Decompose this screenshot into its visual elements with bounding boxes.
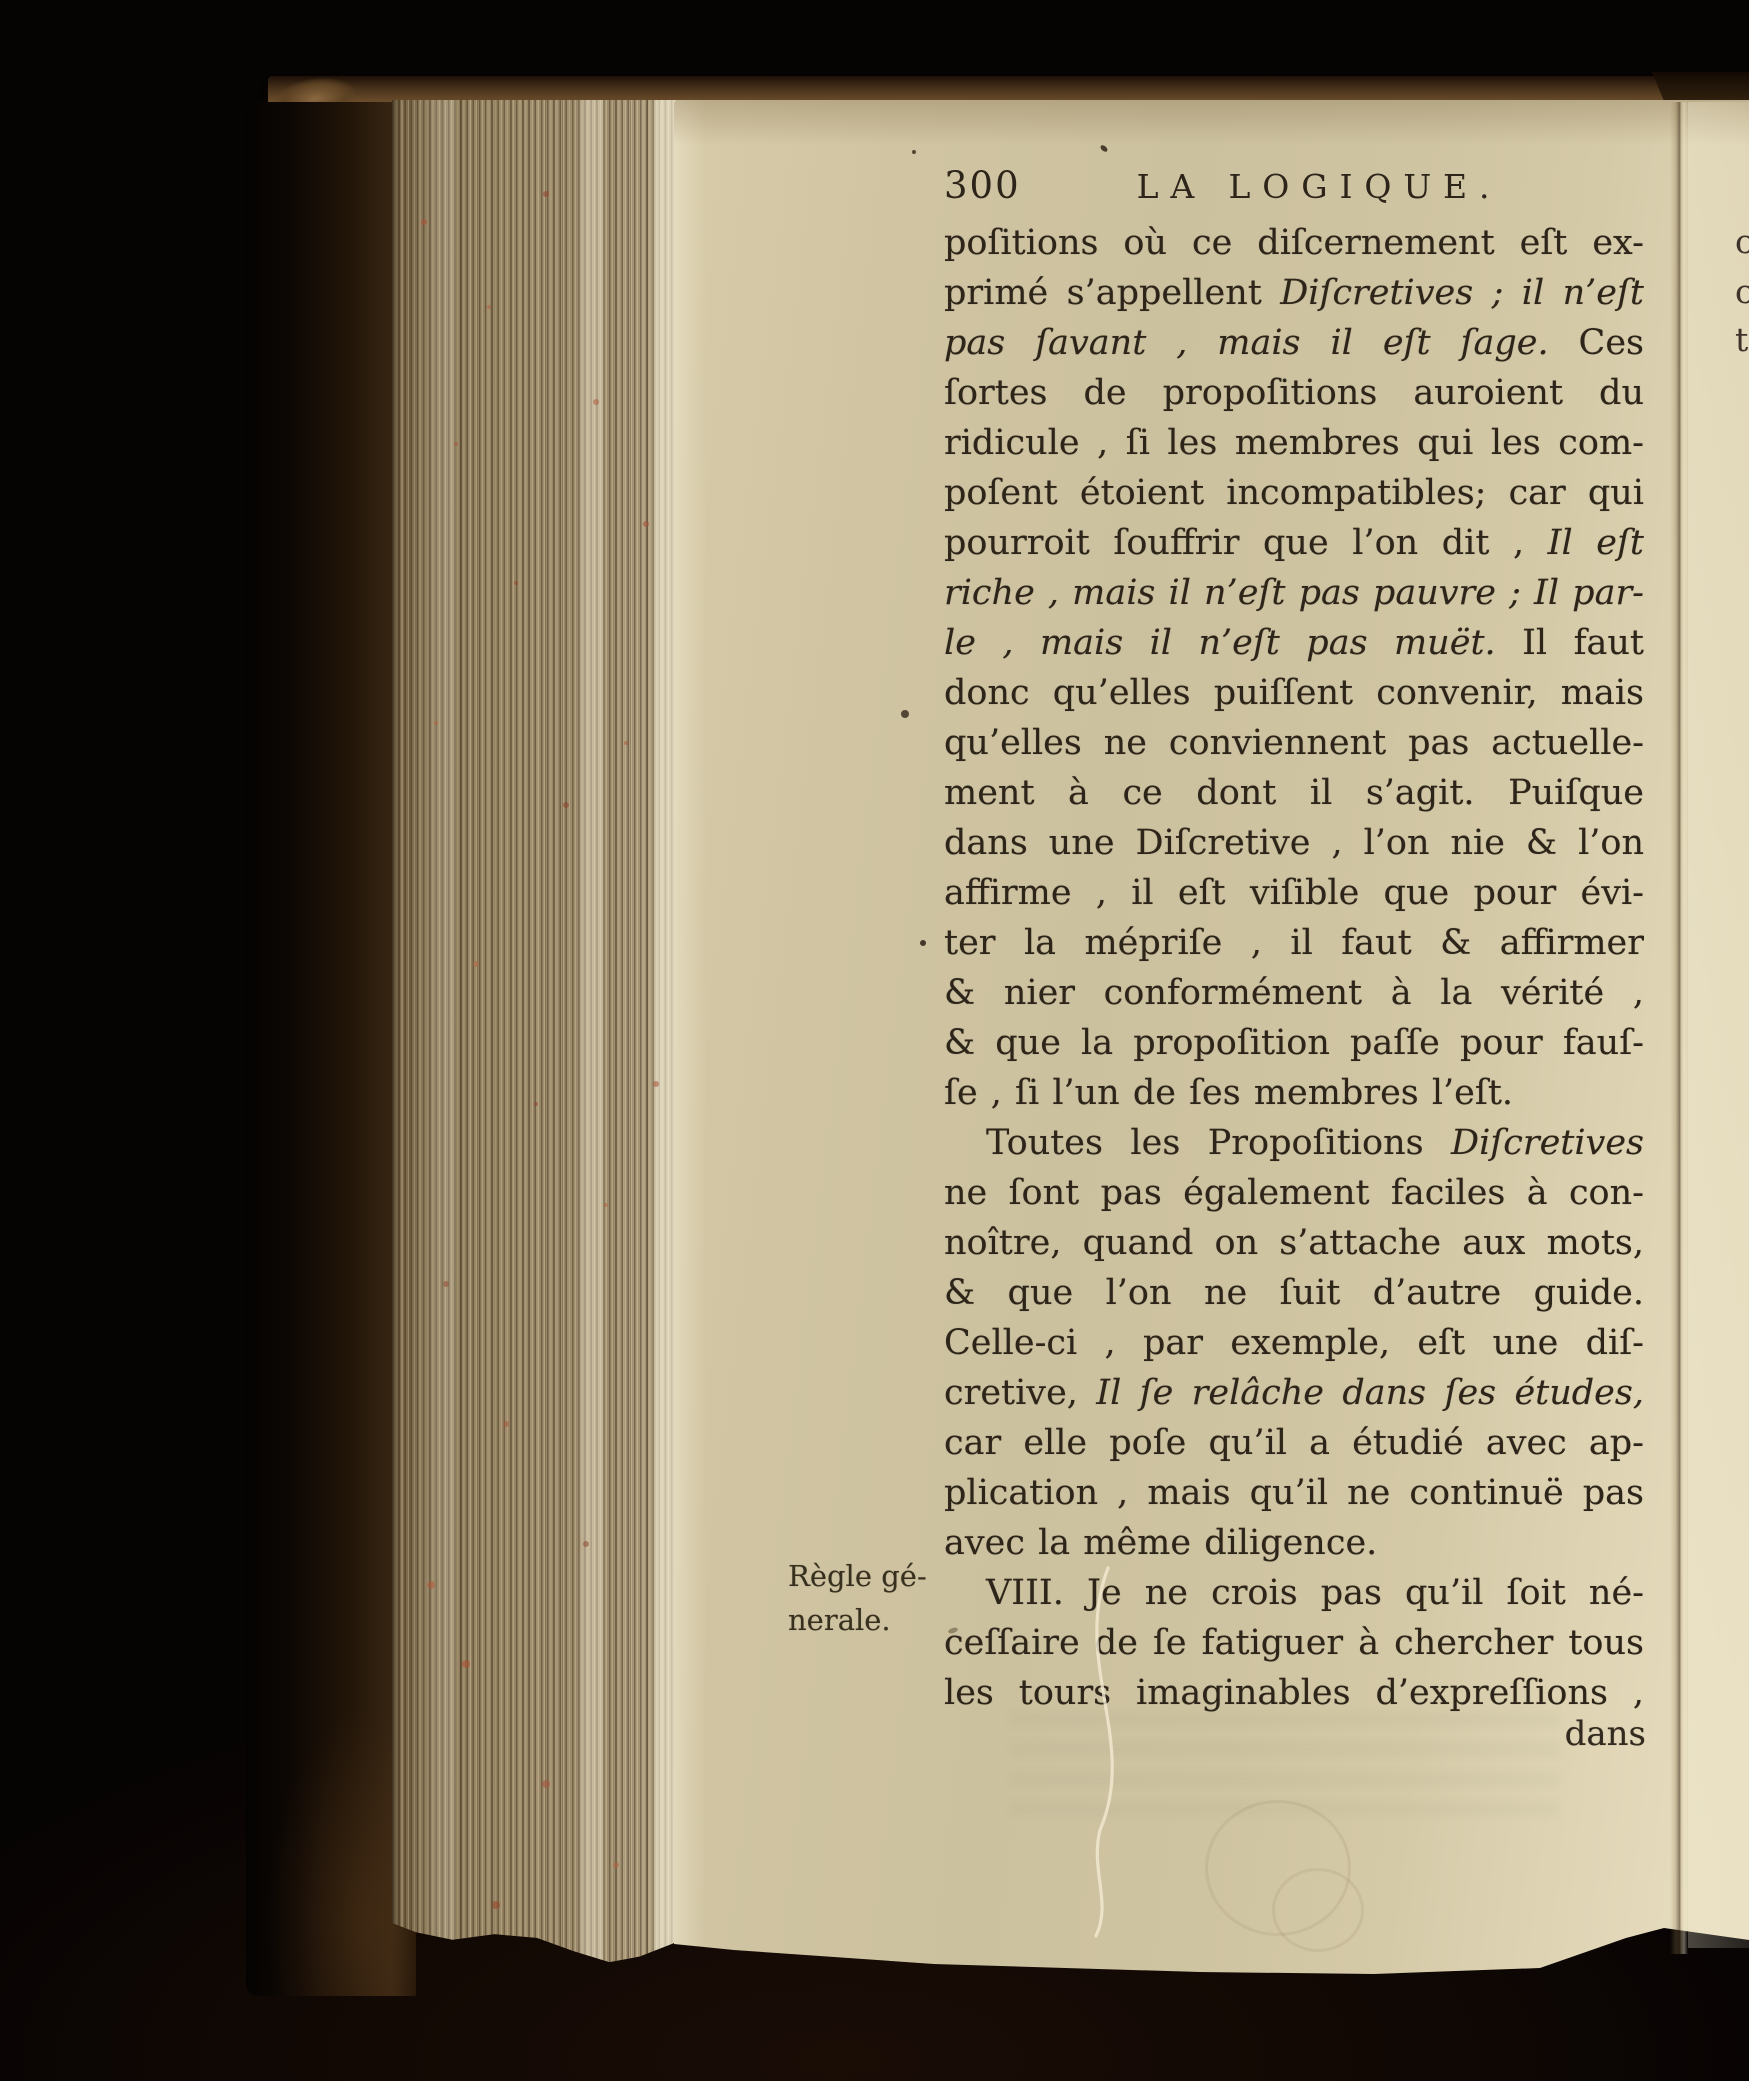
text-segment: ne ſont pas également faciles à con- [944, 1173, 1644, 1213]
text-segment: & que la propoſition paſſe pour fauſ- [944, 1023, 1644, 1063]
text-line: donc qu’elles puiſſent convenir, mais [944, 668, 1644, 718]
facing-page-letter-fragment: t [1735, 320, 1749, 359]
text-line: les tours imaginables d’expreſſions , [944, 1668, 1644, 1718]
running-title: LA LOGIQUE. [1137, 167, 1502, 206]
italic-text-segment: le , mais il n’eſt pas muët. [944, 623, 1496, 663]
page-crease [1670, 102, 1688, 1954]
text-segment: Il faut [1496, 623, 1644, 663]
text-line: ſe , ſi l’un de ſes membres l’eſt. [944, 1068, 1644, 1118]
text-line: primé s’appellent Diſcretives ; il n’eſt [944, 268, 1644, 318]
facing-page-letter-fragment: c [1735, 272, 1749, 311]
text-line: VIII. Je ne crois pas qu’il ſoit né- [944, 1568, 1644, 1618]
italic-text-segment: Diſcretives [1451, 1123, 1644, 1163]
text-segment: VIII. Je ne crois pas qu’il ſoit né- [986, 1573, 1644, 1613]
italic-text-segment: Il eſt [1548, 523, 1644, 563]
text-line: dans une Diſcretive , l’on nie & l’on [944, 818, 1644, 868]
text-segment: plication , mais qu’il ne continuë pas [944, 1473, 1644, 1513]
text-line: ſortes de propoſitions auroient du [944, 368, 1644, 418]
text-line: pas ſavant , mais il eſt ſage. Ces [944, 318, 1644, 368]
text-line: poſitions où ce diſcernement eſt ex- [944, 218, 1644, 268]
text-line: ter la mépriſe , il faut & affirmer [944, 918, 1644, 968]
italic-text-segment: pas ſavant , mais il eſt ſage. [944, 323, 1549, 363]
text-line: qu’elles ne conviennent pas actuelle- [944, 718, 1644, 768]
text-segment: & nier conformément à la vérité , [944, 973, 1644, 1013]
text-line: poſent étoient incompatibles; car qui [944, 468, 1644, 518]
text-segment: ſortes de propoſitions auroient du [944, 373, 1644, 413]
italic-text-segment: Il ſe relâche dans ſes études, [1096, 1373, 1644, 1413]
page-fore-edges [392, 100, 694, 1964]
text-segment: Toutes les Propoſitions [986, 1123, 1451, 1163]
page-number: 300 [944, 164, 1021, 207]
ink-speck [920, 940, 926, 946]
text-line: & nier conformément à la vérité , [944, 968, 1644, 1018]
text-segment: avec la même diligence. [944, 1523, 1377, 1563]
text-block: poſitions où ce diſcernement eſt ex-prim… [944, 218, 1644, 1718]
text-segment: les tours imaginables d’expreſſions , [944, 1673, 1644, 1713]
text-line: ridicule , ſi les membres qui les com- [944, 418, 1644, 468]
italic-text-segment: Diſcretives ; il n’eſt [1280, 273, 1644, 313]
page-gutter [1688, 102, 1749, 1948]
catchword: dans [1440, 1714, 1646, 1754]
text-segment: primé s’appellent [944, 273, 1280, 313]
text-line: le , mais il n’eſt pas muët. Il faut [944, 618, 1644, 668]
text-line: Toutes les Propoſitions Diſcretives [944, 1118, 1644, 1168]
book-photo: 300 LA LOGIQUE. poſitions où ce diſcerne… [0, 0, 1749, 2081]
ink-speck [901, 710, 909, 718]
text-segment: pourroit ſouffrir que l’on dit , [944, 523, 1548, 563]
facing-page-letter-fragment: c [1735, 222, 1749, 261]
book-cover-edge [246, 102, 416, 1996]
text-segment: ment à ce dont il s’agit. Puiſque [944, 773, 1644, 813]
text-segment: poſitions où ce diſcernement eſt ex- [944, 223, 1644, 263]
text-line: ne ſont pas également faciles à con- [944, 1168, 1644, 1218]
text-segment: affirme , il eſt viſible que pour évi- [944, 873, 1644, 913]
margin-note-line: Règle gé- [788, 1554, 960, 1598]
text-segment: dans une Diſcretive , l’on nie & l’on [944, 823, 1644, 863]
text-segment: donc qu’elles puiſſent convenir, mais [944, 673, 1644, 713]
text-segment: ceſſaire de ſe fatiguer à chercher tous [944, 1623, 1644, 1663]
text-segment: car elle poſe qu’il a étudié avec ap- [944, 1423, 1644, 1463]
margin-note: Règle gé- nerale. [788, 1554, 960, 1642]
text-line: car elle poſe qu’il a étudié avec ap- [944, 1418, 1644, 1468]
text-line: affirme , il eſt viſible que pour évi- [944, 868, 1644, 918]
text-segment: Ces [1549, 323, 1644, 363]
text-segment: ridicule , ſi les membres qui les com- [944, 423, 1644, 463]
page-header: 300 LA LOGIQUE. [944, 164, 1650, 218]
text-line: ceſſaire de ſe fatiguer à chercher tous [944, 1618, 1644, 1668]
text-line: riche , mais il n’eſt pas pauvre ; Il pa… [944, 568, 1644, 618]
text-segment: ter la mépriſe , il faut & affirmer [944, 923, 1644, 963]
ink-speck [912, 150, 916, 154]
paper-watermark [1272, 1868, 1364, 1952]
text-segment: ſe , ſi l’un de ſes membres l’eſt. [944, 1073, 1513, 1113]
text-line: & que l’on ne ſuit d’autre guide. [944, 1268, 1644, 1318]
italic-text-segment: riche , mais il n’eſt pas pauvre ; Il pa… [944, 573, 1644, 613]
text-line: Celle-ci , par exemple, eſt une diſ- [944, 1318, 1644, 1368]
text-segment: qu’elles ne conviennent pas actuelle- [944, 723, 1644, 763]
text-segment: poſent étoient incompatibles; car qui [944, 473, 1644, 513]
text-segment: cretive, [944, 1373, 1096, 1413]
text-line: & que la propoſition paſſe pour fauſ- [944, 1018, 1644, 1068]
text-segment: & que l’on ne ſuit d’autre guide. [944, 1273, 1644, 1313]
text-line: avec la même diligence. [944, 1518, 1644, 1568]
text-line: ment à ce dont il s’agit. Puiſque [944, 768, 1644, 818]
text-line: cretive, Il ſe relâche dans ſes études, [944, 1368, 1644, 1418]
text-segment: Celle-ci , par exemple, eſt une diſ- [944, 1323, 1644, 1363]
text-line: plication , mais qu’il ne continuë pas [944, 1468, 1644, 1518]
margin-note-line: nerale. [788, 1598, 960, 1642]
text-line: noître, quand on s’attache aux mots, [944, 1218, 1644, 1268]
text-segment: noître, quand on s’attache aux mots, [944, 1223, 1644, 1263]
text-line: pourroit ſouffrir que l’on dit , Il eſt [944, 518, 1644, 568]
